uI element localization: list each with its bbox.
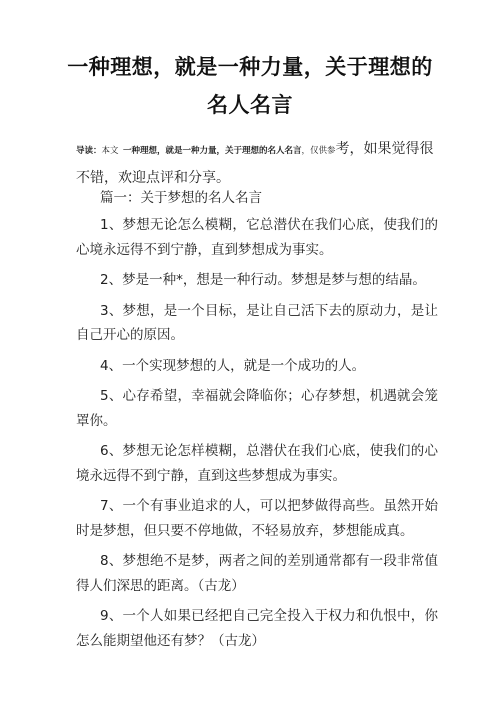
intro-paragraph: 导读：本文 一种理想，就是一种力量，关于理想的名人名言，仅供参考，如果觉得很不错…: [76, 136, 438, 192]
quote-item: 9、一个人如果已经把自己完全投入于权力和仇恨中，你怎么能期望他还有梦？（古龙）: [76, 604, 438, 653]
intro-prefix: 本文: [102, 146, 119, 156]
quote-item: 6、梦想无论怎样模糊，总潜伏在我们心底，使我们的心境永远得不到宁静，直到这些梦想…: [76, 439, 438, 488]
section-title: 篇一：关于梦想的名人名言: [100, 188, 262, 208]
quote-item: 2、梦是一种*，想是一种行动。梦想是梦与想的结晶。: [76, 268, 438, 293]
quote-item: 7、一个有事业追求的人，可以把梦做得高些。虽然开始时是梦想，但只要不停地做，不轻…: [76, 494, 438, 543]
intro-small-suffix: ，仅供参: [302, 146, 336, 156]
document-page: 一种理想，就是一种力量，关于理想的名人名言 导读：本文 一种理想，就是一种力量，…: [0, 0, 500, 707]
quote-list: 1、梦想无论怎么模糊，它总潜伏在我们心底，使我们的心境永远得不到宁静，直到梦想成…: [76, 213, 438, 659]
quote-item: 5、心存希望，幸福就会降临你；心存梦想，机遇就会笼罩你。: [76, 384, 438, 433]
intro-label: 导读：: [76, 146, 102, 156]
document-title: 一种理想，就是一种力量，关于理想的名人名言: [60, 48, 440, 124]
quote-item: 8、梦想绝不是梦，两者之间的差别通常都有一段非常值得人们深思的距离。（古龙）: [76, 549, 438, 598]
intro-article-title: 一种理想，就是一种力量，关于理想的名人名言: [123, 146, 302, 156]
quote-item: 4、一个实现梦想的人，就是一个成功的人。: [76, 354, 438, 379]
quote-item: 1、梦想无论怎么模糊，它总潜伏在我们心底，使我们的心境永远得不到宁静，直到梦想成…: [76, 213, 438, 262]
quote-item: 3、梦想，是一个目标，是让自己活下去的原动力，是让自己开心的原因。: [76, 299, 438, 348]
